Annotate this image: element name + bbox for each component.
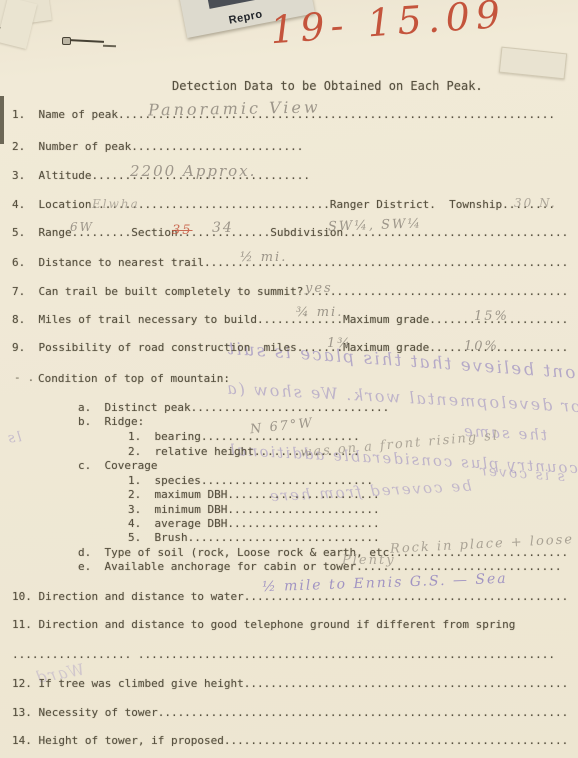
handwritten-range: 6W: [70, 220, 94, 234]
form-title: Detection Data to be Obtained on Each Pe…: [172, 79, 483, 93]
form-line-telephone-ground: 11. Direction and distance to good telep…: [12, 618, 515, 631]
form-line-necessity-tower: 13. Necessity of tower..................…: [12, 706, 568, 719]
sticker-label: Repro: [228, 8, 264, 26]
tape-piece: [0, 0, 37, 49]
handwritten-location: Elwha: [92, 197, 140, 211]
form-line-average-dbh: 4. average DBH.......................: [128, 517, 380, 530]
handwritten-trail-grade: 15%: [474, 309, 509, 324]
handwritten-road-grade: 10%: [464, 339, 499, 354]
handwritten-trail-distance: ½ mi.: [240, 250, 287, 265]
form-line-continuation-dots: .................. .....................…: [12, 648, 555, 661]
form-line-condition: Condition of top of mountain:: [38, 372, 230, 385]
form-line-height-tower: 14. Height of tower, if proposed........…: [12, 734, 568, 747]
form-line-tree-climbed: 12. If tree was climbed give height.....…: [12, 677, 568, 690]
form-line-brush: 5. Brush.............................: [128, 531, 380, 544]
handwritten-anchorage: Plenty: [342, 553, 396, 568]
page-edge-shadow: [0, 96, 4, 144]
form-line-number-of-peak: 2. Number of peak.......................…: [12, 140, 303, 153]
form-line-ridge: b. Ridge:: [78, 415, 144, 428]
scanned-form-page: Repro 19- 15.09 I dont believe that this…: [0, 0, 578, 758]
form-line-species: 1. species..........................: [128, 474, 373, 487]
handwritten-township: 30 N.: [514, 196, 557, 210]
pen-mark: [103, 45, 116, 47]
pen-mark: [70, 39, 104, 43]
mirrored-note-7: ls: [5, 429, 22, 447]
handwritten-section: 34: [212, 220, 234, 236]
handwritten-road-miles: 1¾: [327, 336, 352, 351]
handwritten-trail-miles: ¾ mi.: [296, 305, 343, 320]
pen-mark: [62, 37, 71, 45]
form-line-maximum-dbh: 2. maximum DBH.......................: [128, 488, 380, 501]
tape-piece: [499, 47, 567, 80]
red-stamp-number: 19- 15.09: [269, 0, 508, 52]
handwritten-summit-answer: yes: [305, 281, 333, 296]
form-line-distance-trail: 6. Distance to nearest trail............…: [12, 256, 568, 269]
handwritten-altitude: 2200 Approx.: [130, 162, 256, 180]
form-line-minimum-dbh: 3. minimum DBH.......................: [128, 503, 380, 516]
form-line-range-section: 5. Range.........Section..............Su…: [12, 226, 568, 239]
handwritten-section-crossed-out: 35: [172, 223, 193, 238]
form-line-bearing: 1. bearing........................: [128, 430, 360, 443]
form-line-coverage: c. Coverage: [78, 459, 157, 472]
form-line-trail-summit: 7. Can trail be built completely to summ…: [12, 285, 568, 298]
handwritten-name-of-peak: Panoramic View: [148, 97, 321, 119]
form-line-distinct-peak: a. Distinct peak........................…: [78, 401, 389, 414]
